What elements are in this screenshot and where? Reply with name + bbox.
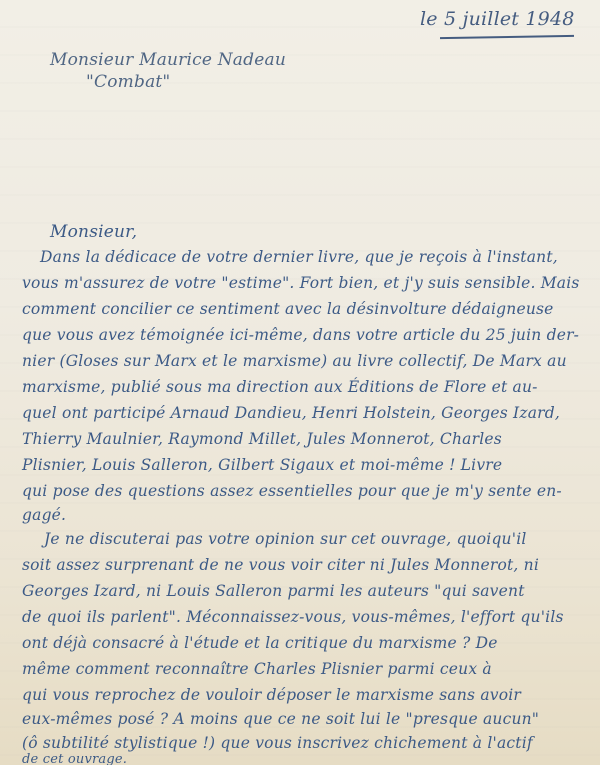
letter-line: Plisnier, Louis Salleron, Gilbert Sigaux… <box>22 456 502 474</box>
recipient-name: Monsieur Maurice Nadeau <box>50 50 286 70</box>
letter-line: de quoi ils parlent". Méconnaissez-vous,… <box>22 608 564 626</box>
date-underline <box>440 35 574 39</box>
letter-line: de cet ouvrage. <box>22 752 127 765</box>
letter-line: quel ont participé Arnaud Dandieu, Henri… <box>22 404 560 422</box>
letter-line: qui pose des questions assez essentielle… <box>22 482 562 500</box>
letter-line: qui vous reprochez de vouloir déposer le… <box>22 686 521 704</box>
letter-line: que vous avez témoignée ici-même, dans v… <box>22 326 579 344</box>
letter-line: Thierry Maulnier, Raymond Millet, Jules … <box>22 430 502 448</box>
recipient-publication: "Combat" <box>86 72 170 92</box>
salutation: Monsieur, <box>50 222 137 242</box>
letter-page: le 5 juillet 1948 Monsieur Maurice Nadea… <box>0 0 600 765</box>
letter-line: soit assez surprenant de ne vous voir ci… <box>22 556 539 574</box>
letter-line: nier (Gloses sur Marx et le marxisme) au… <box>22 352 567 370</box>
letter-line: (ô subtilité stylistique !) que vous ins… <box>22 734 533 752</box>
letter-line: comment concilier ce sentiment avec la d… <box>22 300 554 318</box>
letter-line: Georges Izard, ni Louis Salleron parmi l… <box>22 582 525 600</box>
letter-line: même comment reconnaître Charles Plisnie… <box>22 660 492 678</box>
letter-line: ont déjà consacré à l'étude et la critiq… <box>22 634 498 652</box>
letter-line: marxisme, publié sous ma direction aux É… <box>22 378 538 396</box>
letter-line: Dans la dédicace de votre dernier livre,… <box>40 248 558 266</box>
letter-line: vous m'assurez de votre "estime". Fort b… <box>22 274 580 292</box>
letter-line: gagé. <box>22 506 66 524</box>
letter-date: le 5 juillet 1948 <box>420 8 575 30</box>
letter-line: eux-mêmes posé ? A moins que ce ne soit … <box>22 710 539 728</box>
letter-line: Je ne discuterai pas votre opinion sur c… <box>44 530 527 548</box>
